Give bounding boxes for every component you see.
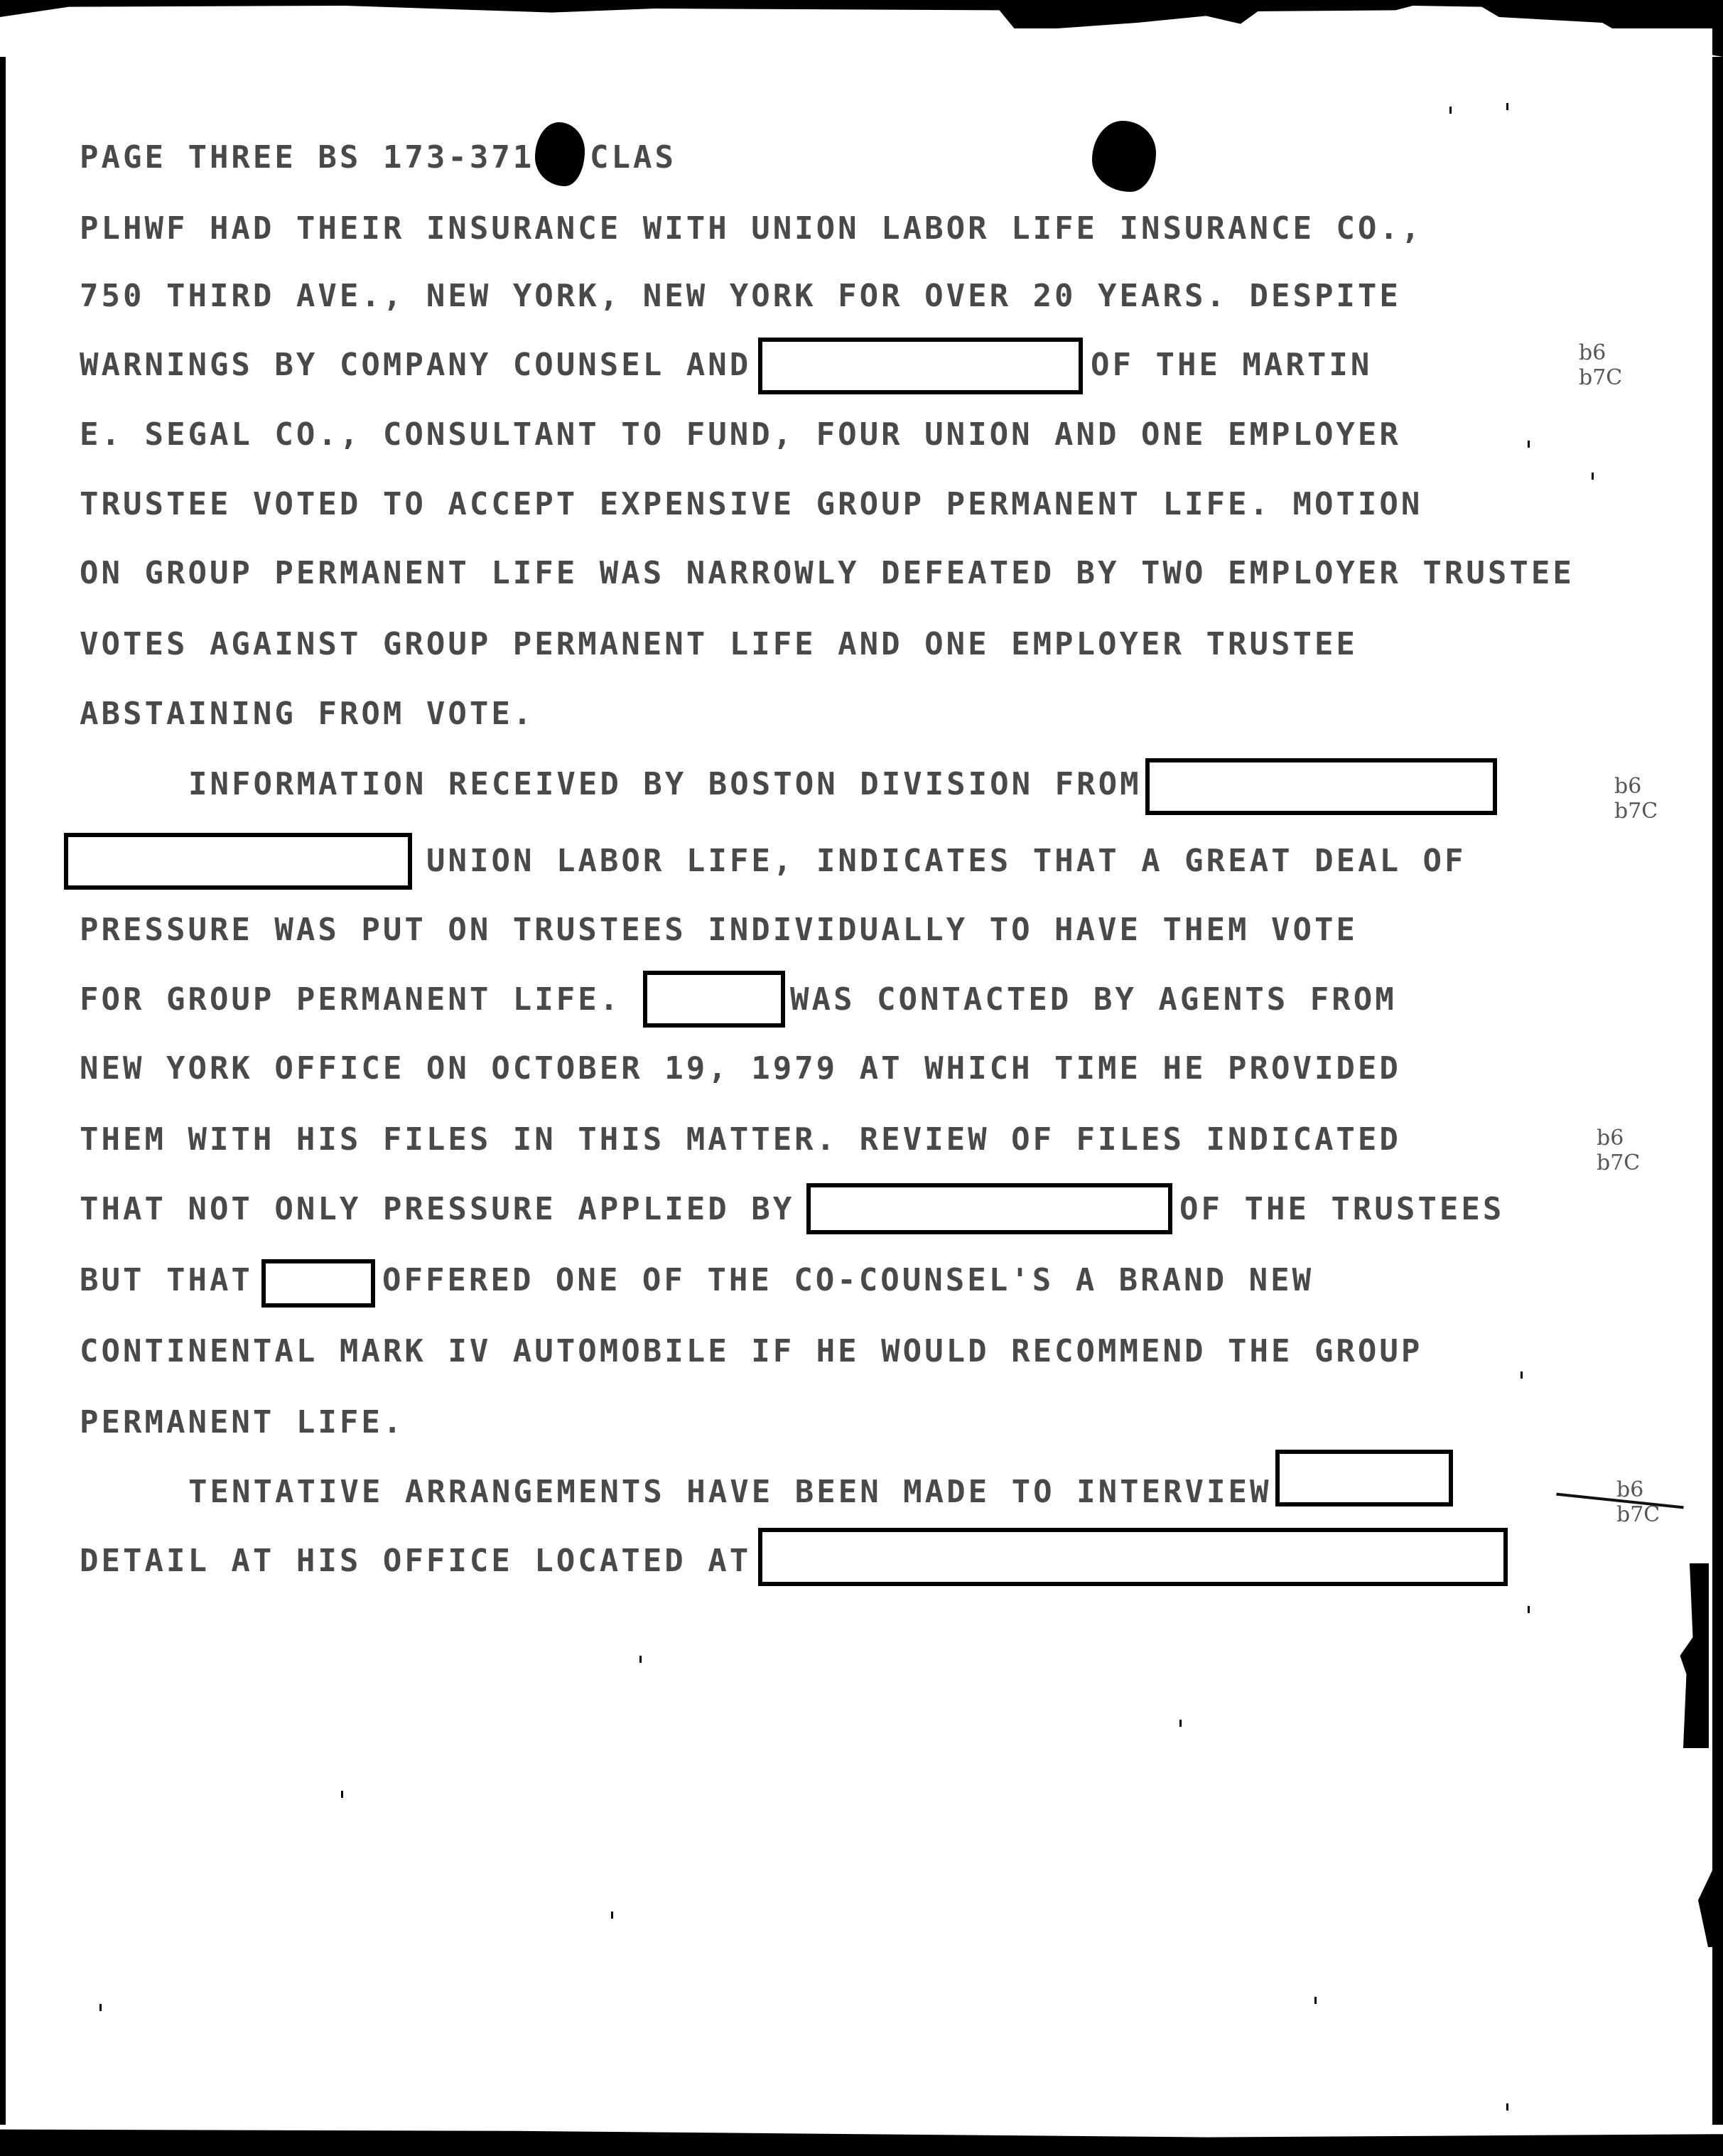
- scan-speck: [341, 1791, 343, 1798]
- text-line: BUT THAT: [80, 1265, 253, 1296]
- text-line: ON GROUP PERMANENT LIFE WAS NARROWLY DEF…: [80, 558, 1575, 589]
- scan-speck: [1528, 441, 1530, 448]
- scan-top-edge: [0, 0, 1723, 57]
- ink-blot: [535, 122, 585, 186]
- text-line: ABSTAINING FROM VOTE.: [80, 699, 534, 730]
- text-line: VOTES AGAINST GROUP PERMANENT LIFE AND O…: [80, 629, 1358, 660]
- redaction-box: [1145, 758, 1497, 815]
- text-line: TRUSTEE VOTED TO ACCEPT EXPENSIVE GROUP …: [80, 489, 1422, 520]
- scan-speck: [1528, 1606, 1530, 1613]
- redaction-box: [758, 338, 1083, 394]
- exemption-b6: b6: [1579, 341, 1622, 366]
- scan-bottom-edge: [0, 2125, 1723, 2156]
- redaction-box: [643, 971, 785, 1028]
- text-line: 750 THIRD AVE., NEW YORK, NEW YORK FOR O…: [80, 281, 1401, 312]
- scan-speck: [1521, 1371, 1523, 1379]
- exemption-b6: b6: [1614, 775, 1658, 799]
- text-line: WAS CONTACTED BY AGENTS FROM: [790, 984, 1397, 1015]
- text-line: WARNINGS BY COMPANY COUNSEL AND: [80, 350, 751, 381]
- redaction-box: [64, 833, 412, 890]
- text-line: PLHWF HAD THEIR INSURANCE WITH UNION LAB…: [80, 213, 1422, 244]
- scan-speck: [1314, 1997, 1317, 2004]
- text-line: CONTINENTAL MARK IV AUTOMOBILE IF HE WOU…: [80, 1336, 1422, 1367]
- redaction-box: [261, 1259, 375, 1308]
- exemption-code-group: b6 b7C: [1579, 341, 1622, 390]
- scan-speck: [1506, 2103, 1508, 2111]
- scan-speck: [611, 1912, 613, 1919]
- redaction-box: [1275, 1450, 1453, 1506]
- text-line: OFFERED ONE OF THE CO-COUNSEL'S A BRAND …: [382, 1265, 1314, 1296]
- text-line: E. SEGAL CO., CONSULTANT TO FUND, FOUR U…: [80, 419, 1401, 451]
- page-header: PAGE THREE BS 173-371: [80, 142, 534, 173]
- text-line: THAT NOT ONLY PRESSURE APPLIED BY: [80, 1194, 794, 1225]
- text-line: UNION LABOR LIFE, INDICATES THAT A GREAT…: [426, 846, 1467, 877]
- text-line: DETAIL AT HIS OFFICE LOCATED AT: [80, 1546, 751, 1577]
- redaction-box: [806, 1183, 1172, 1234]
- text-line: OF THE TRUSTEES: [1179, 1194, 1504, 1225]
- text-line: PERMANENT LIFE.: [80, 1407, 404, 1438]
- text-line: TENTATIVE ARRANGEMENTS HAVE BEEN MADE TO…: [188, 1477, 1272, 1508]
- exemption-code-group: b6 b7C: [1616, 1478, 1660, 1527]
- text-line: NEW YORK OFFICE ON OCTOBER 19, 1979 AT W…: [80, 1053, 1401, 1084]
- exemption-b7c: b7C: [1597, 1151, 1640, 1176]
- scan-speck: [99, 2004, 102, 2011]
- exemption-code-group: b6 b7C: [1614, 775, 1658, 824]
- exemption-b6: b6: [1597, 1126, 1640, 1151]
- text-line: FOR GROUP PERMANENT LIFE.: [80, 984, 621, 1015]
- redaction-box: [758, 1528, 1508, 1586]
- text-line: PRESSURE WAS PUT ON TRUSTEES INDIVIDUALL…: [80, 915, 1358, 946]
- scan-speck: [1179, 1720, 1182, 1727]
- text-line: INFORMATION RECEIVED BY BOSTON DIVISION …: [188, 769, 1142, 800]
- exemption-b7c: b7C: [1579, 366, 1622, 391]
- scan-speck: [639, 1656, 642, 1663]
- exemption-b6: b6: [1616, 1478, 1660, 1503]
- ink-blot: [1092, 121, 1156, 192]
- text-line: THEM WITH HIS FILES IN THIS MATTER. REVI…: [80, 1124, 1401, 1155]
- exemption-code-group: b6 b7C: [1597, 1126, 1640, 1175]
- scan-speck: [1592, 473, 1594, 480]
- scan-speck: [1506, 103, 1508, 110]
- text-line: OF THE MARTIN: [1091, 350, 1372, 381]
- exemption-b7c: b7C: [1614, 799, 1658, 824]
- page-header-classification: CLAS: [590, 142, 676, 173]
- scan-speck: [1449, 107, 1452, 114]
- exemption-b7c: b7C: [1616, 1503, 1660, 1528]
